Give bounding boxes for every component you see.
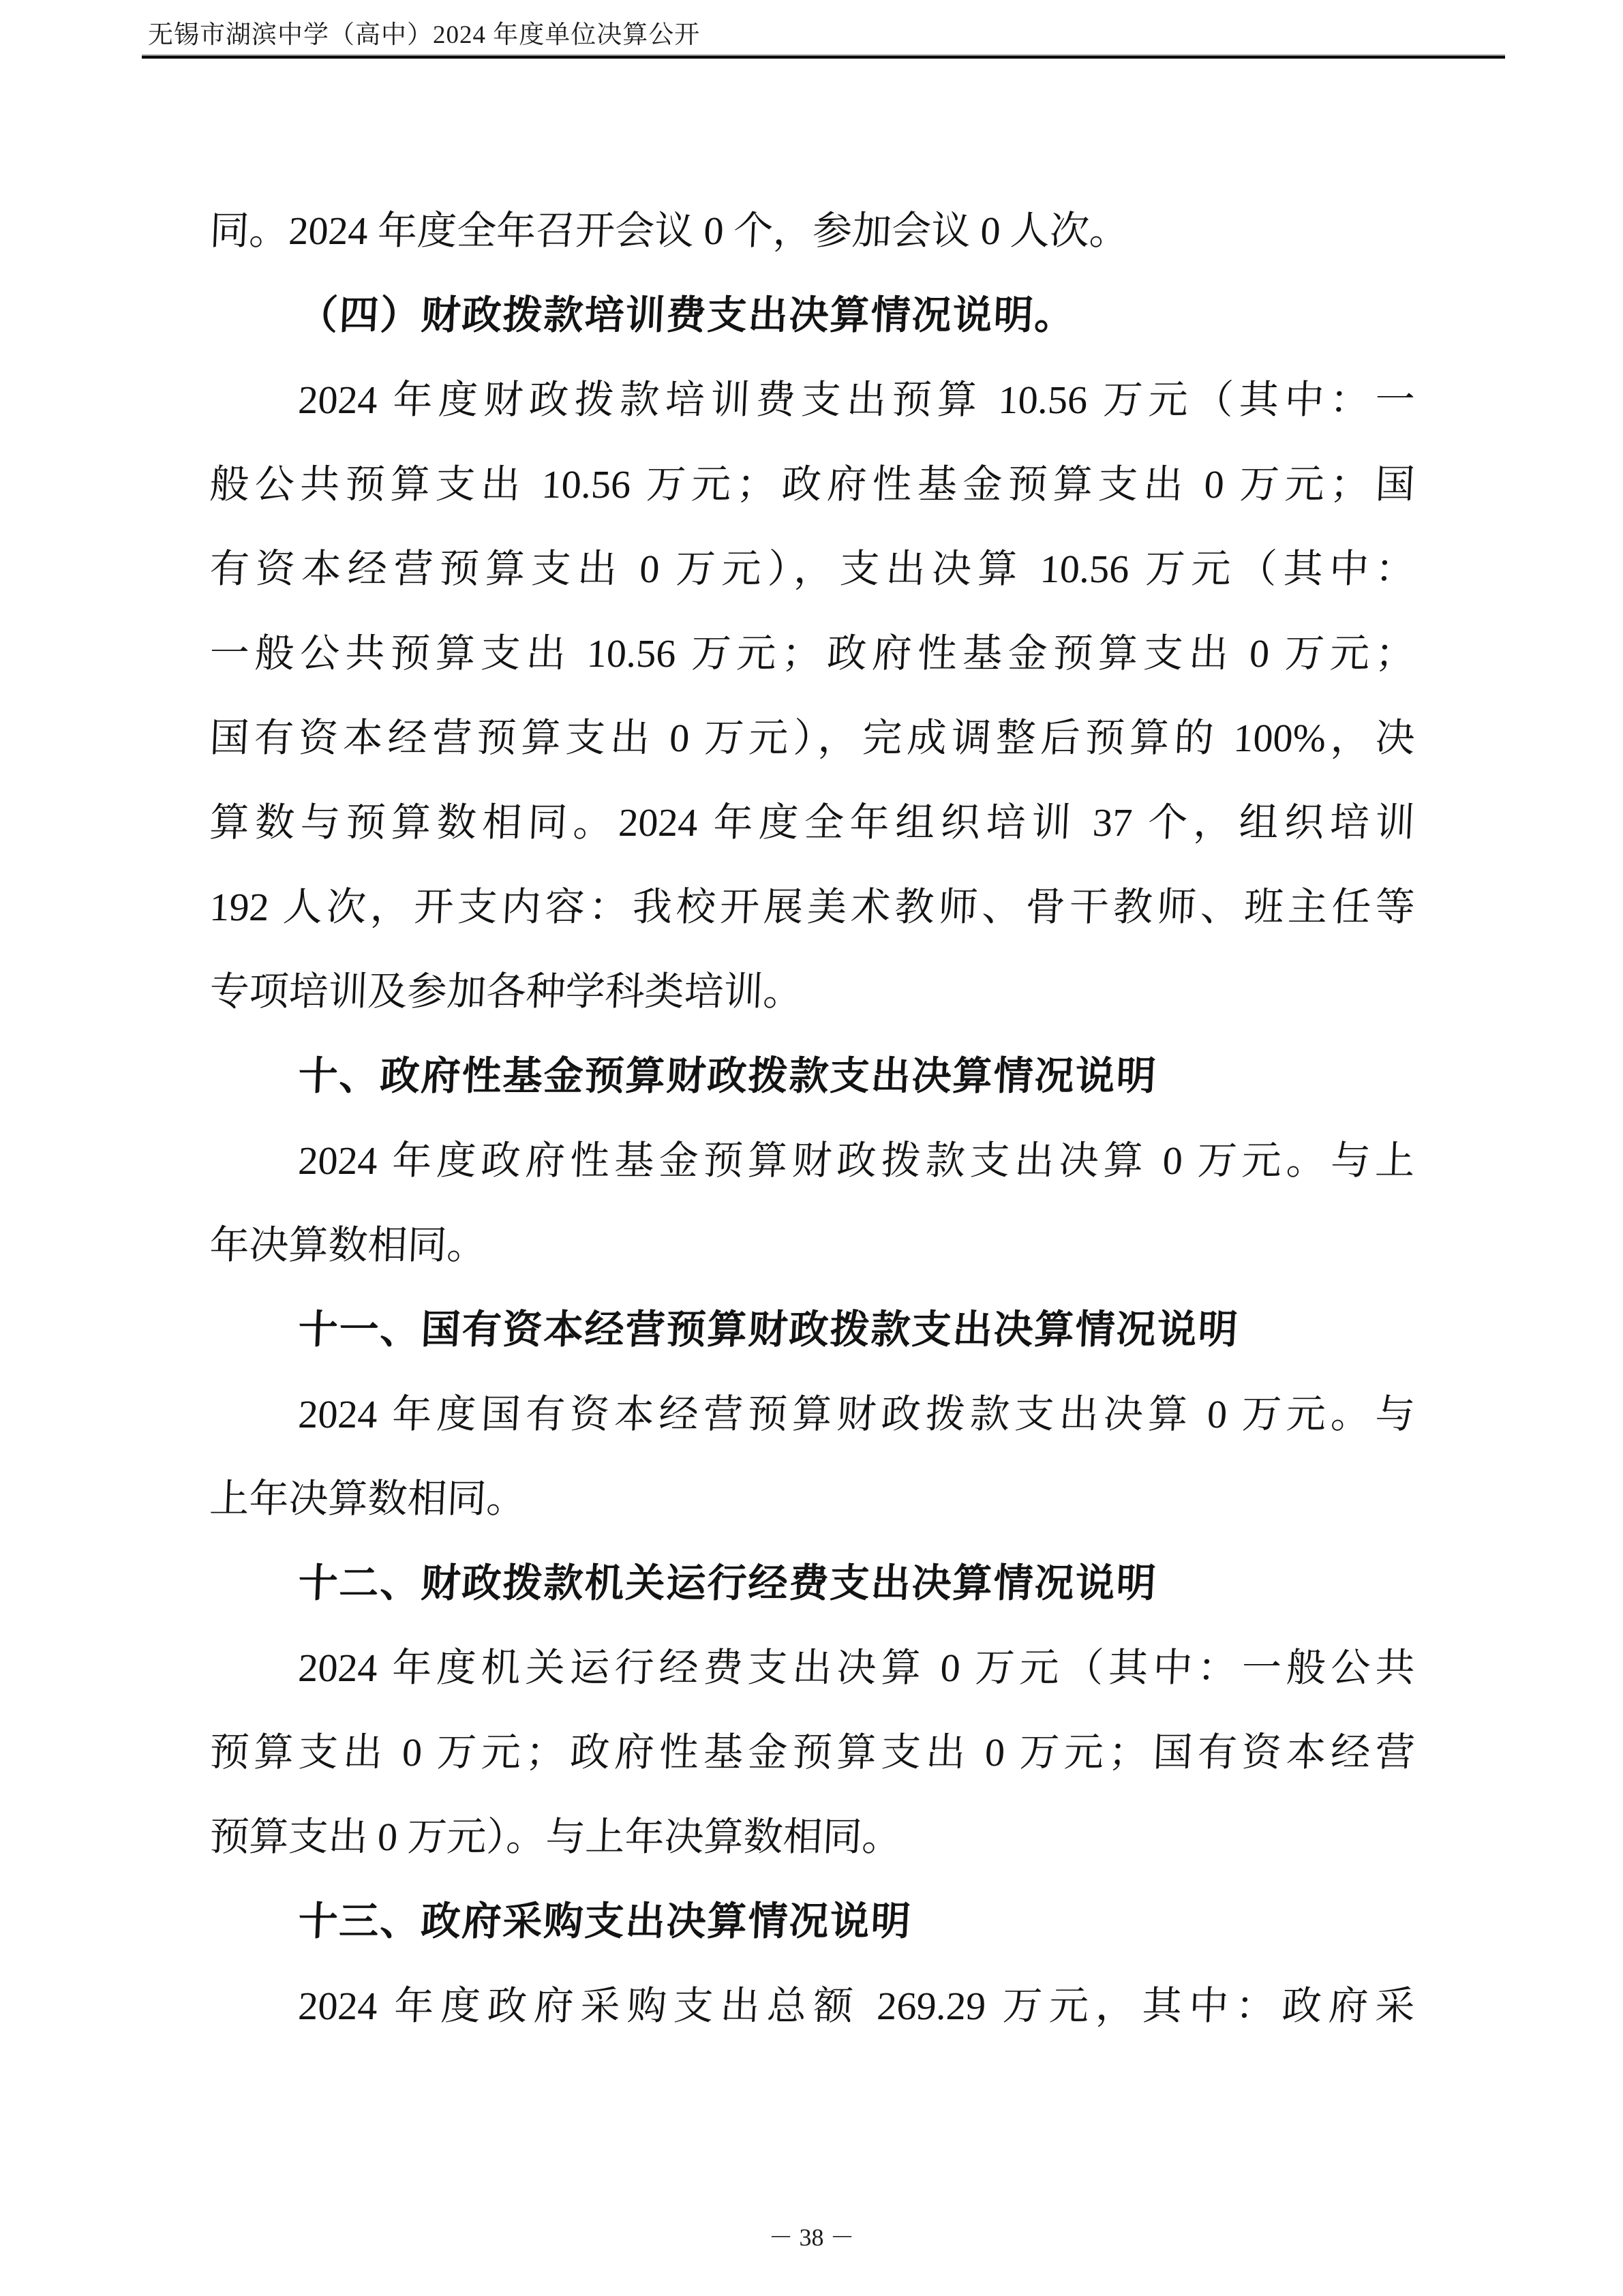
document-body: 同。2024 年度全年召开会议 0 个，参加会议 0 人次。（四）财政拨款培训费… — [209, 189, 1414, 2049]
heading-line: 十、政府性基金预算财政拨款支出决算情况说明 — [208, 1034, 1416, 1119]
body-paragraph: 2024 年度机关运行经费支出决算 0 万元（其中：一般公共预算支出 0 万元；… — [209, 1626, 1414, 1879]
document-page: 无锡市湖滨中学（高中）2024 年度单位决算公开 同。2024 年度全年召开会议… — [0, 0, 1623, 2296]
body-paragraph: 2024 年度财政拨款培训费支出预算 10.56 万元（其中：一般公共预算支出 … — [209, 358, 1414, 1034]
text-line: 预算支出 0 万元）。与上年决算数相同。 — [208, 1795, 1416, 1879]
text-line: 有资本经营预算支出 0 万元），支出决算 10.56 万元（其中： — [208, 527, 1416, 611]
text-line: 2024 年度国有资本经营预算财政拨款支出决算 0 万元。与 — [208, 1372, 1416, 1457]
body-paragraph: 2024 年度政府采购支出总额 269.29 万元，其中：政府采 — [209, 1964, 1414, 2049]
heading-line: （四）财政拨款培训费支出决算情况说明。 — [208, 273, 1416, 358]
page-header-title: 无锡市湖滨中学（高中）2024 年度单位决算公开 — [148, 20, 700, 50]
text-line: 一般公共预算支出 10.56 万元；政府性基金预算支出 0 万元； — [208, 611, 1416, 696]
page-number: － 38 － — [0, 2221, 1623, 2254]
text-line: 2024 年度财政拨款培训费支出预算 10.56 万元（其中：一 — [208, 358, 1416, 442]
section-heading: 十三、政府采购支出决算情况说明 — [209, 1879, 1414, 1964]
body-paragraph: 2024 年度国有资本经营预算财政拨款支出决算 0 万元。与上年决算数相同。 — [209, 1372, 1414, 1541]
heading-line: 十一、国有资本经营预算财政拨款支出决算情况说明 — [208, 1288, 1416, 1372]
body-paragraph: 2024 年度政府性基金预算财政拨款支出决算 0 万元。与上年决算数相同。 — [209, 1119, 1414, 1288]
heading-line: 十二、财政拨款机关运行经费支出决算情况说明 — [208, 1541, 1416, 1626]
text-line: 预算支出 0 万元；政府性基金预算支出 0 万元；国有资本经营 — [208, 1710, 1416, 1795]
section-heading: 十一、国有资本经营预算财政拨款支出决算情况说明 — [209, 1288, 1414, 1372]
section-heading: （四）财政拨款培训费支出决算情况说明。 — [209, 273, 1414, 358]
text-line: 国有资本经营预算支出 0 万元），完成调整后预算的 100%，决 — [208, 696, 1416, 781]
text-line: 2024 年度政府采购支出总额 269.29 万元，其中：政府采 — [208, 1964, 1416, 2049]
text-line: 算数与预算数相同。2024 年度全年组织培训 37 个，组织培训 — [208, 781, 1416, 865]
text-line: 年决算数相同。 — [208, 1203, 1416, 1288]
text-line: 2024 年度政府性基金预算财政拨款支出决算 0 万元。与上 — [208, 1119, 1416, 1203]
section-heading: 十、政府性基金预算财政拨款支出决算情况说明 — [209, 1034, 1414, 1119]
text-line: 专项培训及参加各种学科类培训。 — [208, 950, 1416, 1034]
text-line: 般公共预算支出 10.56 万元；政府性基金预算支出 0 万元；国 — [208, 442, 1416, 527]
heading-line: 十三、政府采购支出决算情况说明 — [208, 1879, 1416, 1964]
text-line: 上年决算数相同。 — [208, 1457, 1416, 1541]
body-paragraph: 同。2024 年度全年召开会议 0 个，参加会议 0 人次。 — [209, 189, 1414, 273]
text-line: 同。2024 年度全年召开会议 0 个，参加会议 0 人次。 — [208, 189, 1416, 273]
text-line: 2024 年度机关运行经费支出决算 0 万元（其中：一般公共 — [208, 1626, 1416, 1710]
section-heading: 十二、财政拨款机关运行经费支出决算情况说明 — [209, 1541, 1414, 1626]
text-line: 192 人次，开支内容：我校开展美术教师、骨干教师、班主任等 — [208, 865, 1416, 950]
page-header-rule — [142, 55, 1505, 59]
